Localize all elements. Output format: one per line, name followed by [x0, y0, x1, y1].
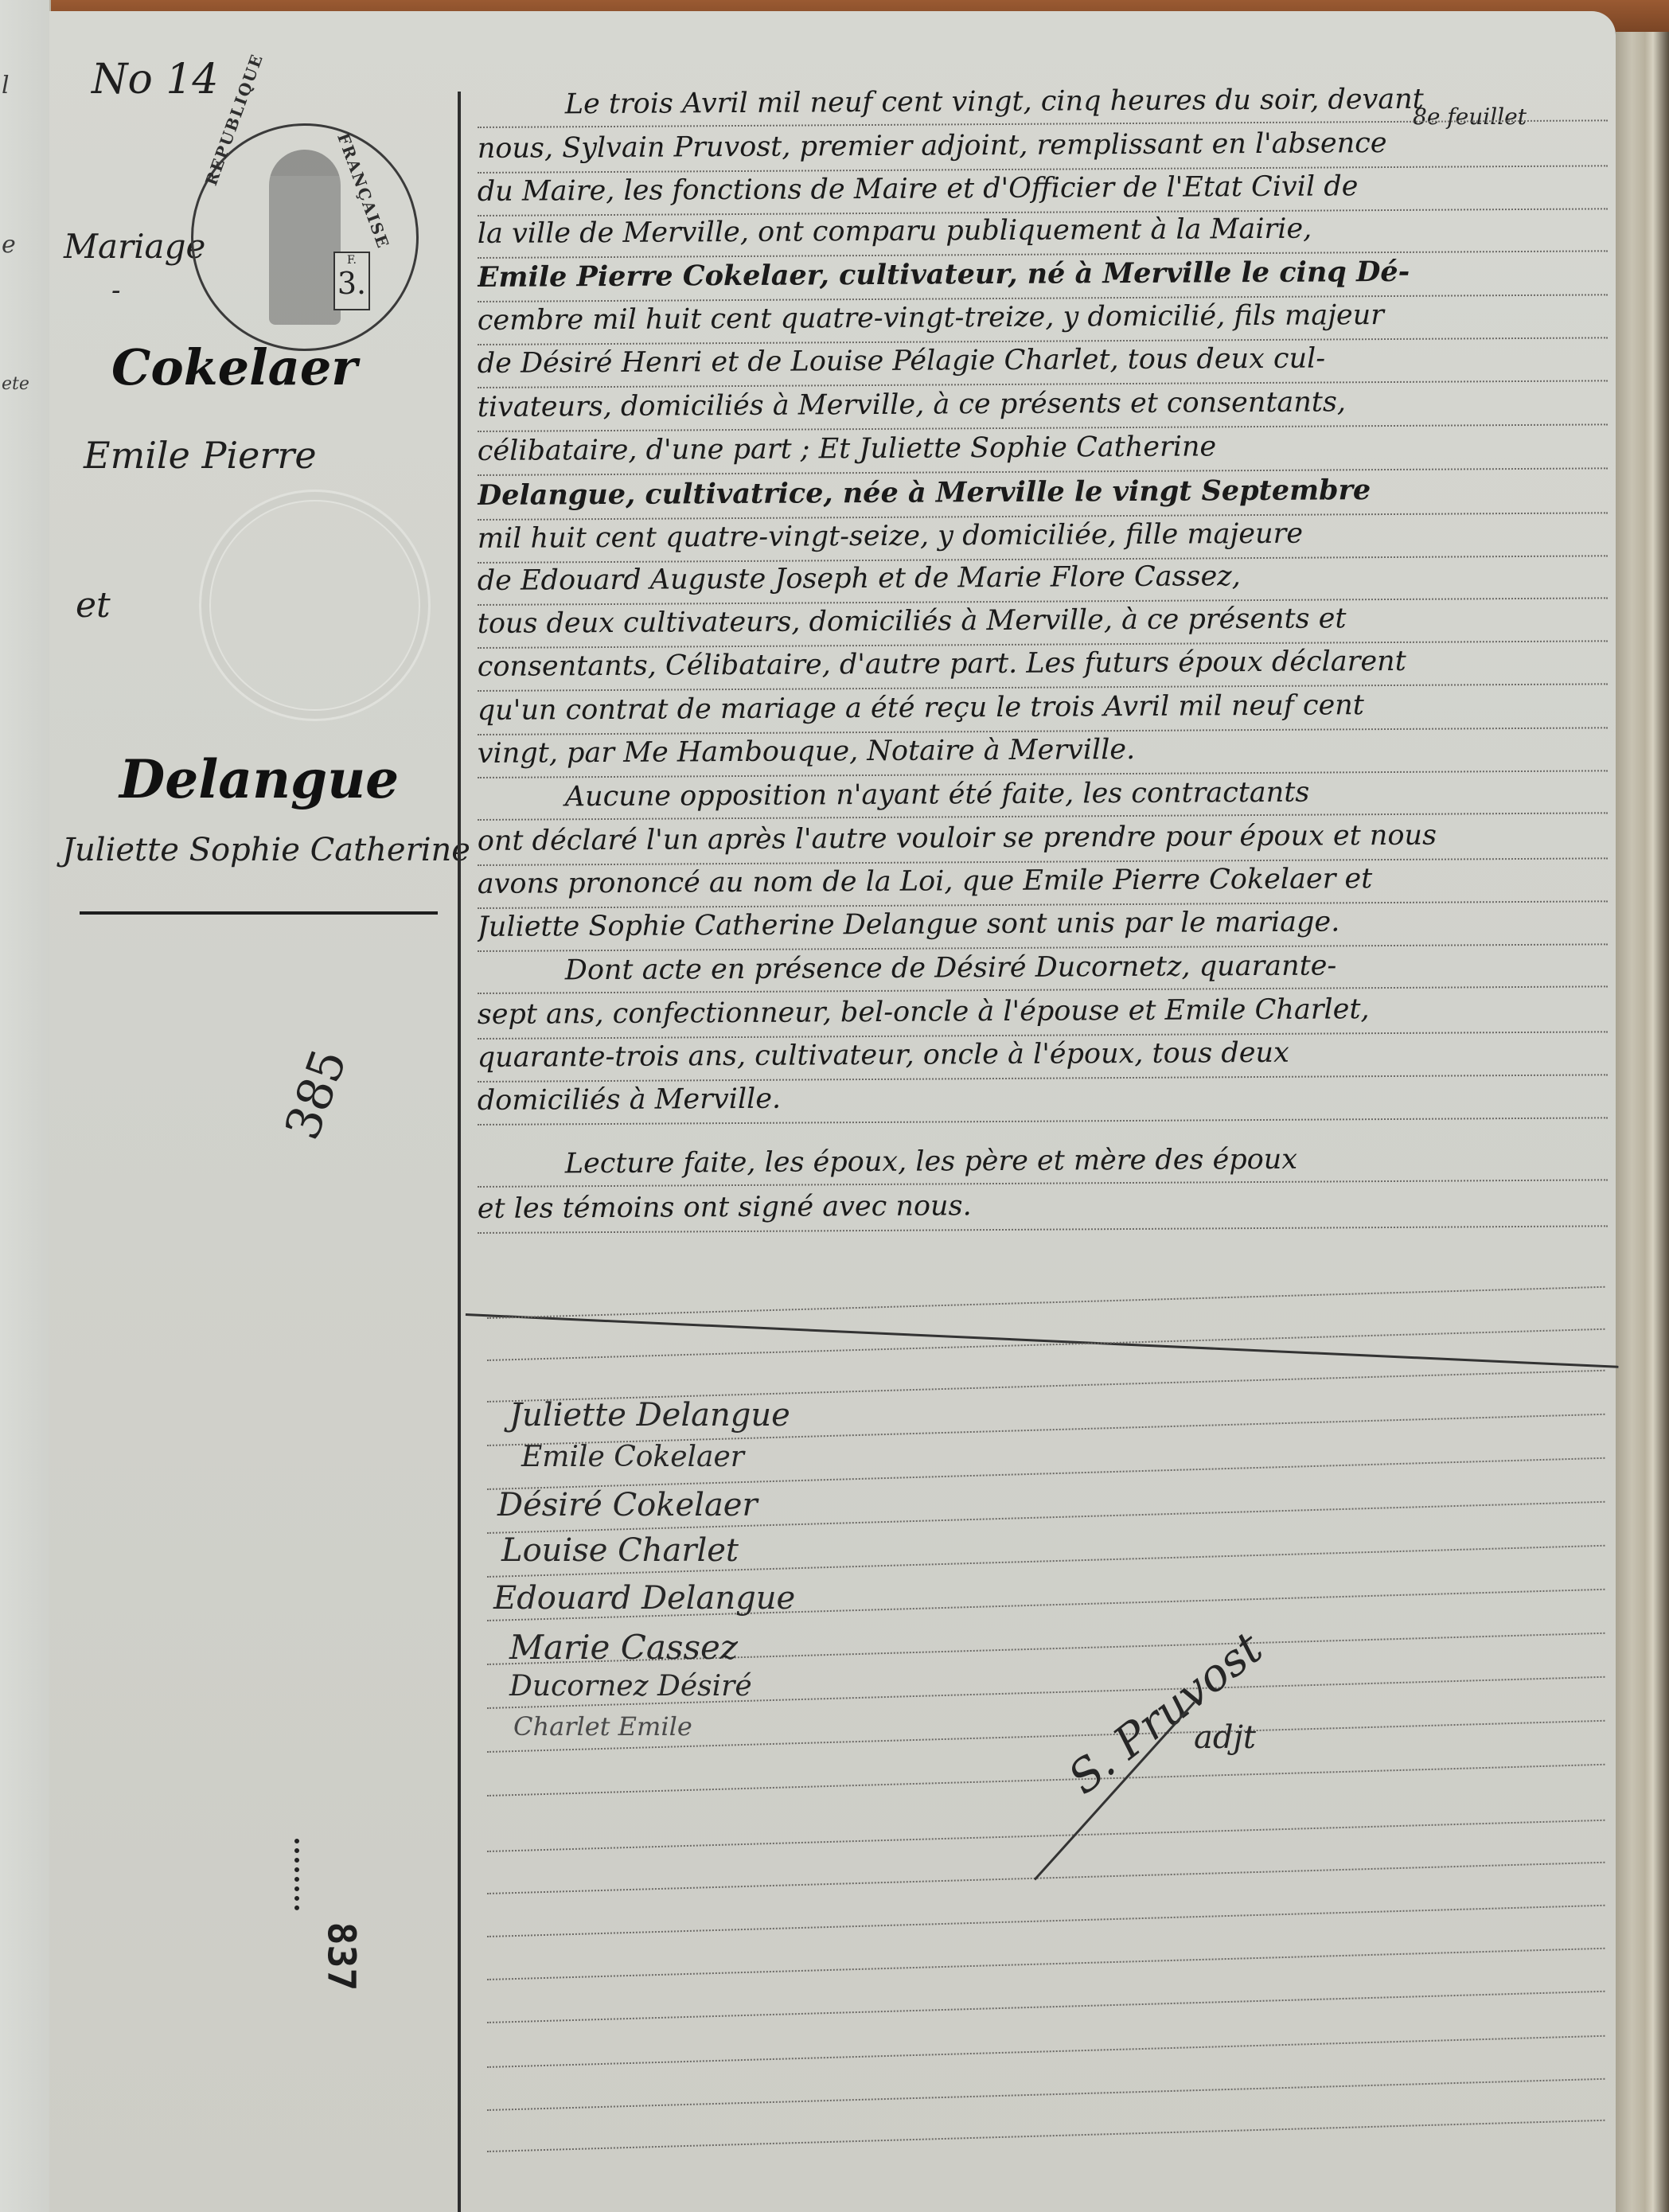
- act-line: Lecture faite, les époux, les père et mè…: [478, 1136, 1608, 1188]
- signature-groom: Emile Cokelaer: [521, 1441, 744, 1473]
- act-line: Aucune opposition n'ayant été faite, les…: [478, 769, 1608, 821]
- groom-given-names: Emile Pierre: [84, 434, 317, 477]
- previous-page-fragment: ete: [2, 374, 29, 394]
- signature-bride-father: Edouard Delangue: [493, 1580, 795, 1617]
- previous-page-edge: l e ete: [0, 0, 51, 2212]
- stamped-number: 837: [318, 1922, 363, 1992]
- bride-surname: Delangue: [119, 748, 399, 810]
- page-stack-edge: [1616, 32, 1669, 2212]
- signature-bride-mother: Marie Cassez: [509, 1628, 738, 1667]
- officer-signature-name: S. Pruvost: [1059, 1622, 1273, 1804]
- previous-page-fragment: l: [2, 72, 10, 99]
- signature-groom-father: Désiré Cokelaer: [497, 1487, 758, 1523]
- justice-figure-icon: [269, 150, 341, 325]
- act-line: et les témoins ont signé avec nous.: [478, 1180, 1608, 1234]
- margin-rule: [458, 92, 461, 2212]
- act-line: domiciliés à Merville.: [478, 1072, 1608, 1126]
- groom-surname: Cokelaer: [111, 338, 357, 396]
- act-number: No 14: [92, 56, 219, 103]
- tax-stamp: REPUBLIQUE FRANÇAISE F. 3.: [191, 123, 419, 351]
- stamp-denomination-value: 3.: [335, 267, 369, 299]
- signature-witness-1: Ducornez Désiré: [509, 1670, 752, 1703]
- officer-signature: S. Pruvost adjt: [1035, 1624, 1297, 1863]
- conjunction-et: et: [76, 585, 111, 626]
- stamp-denomination: F. 3.: [333, 252, 370, 310]
- signature-witness-2: Charlet Emile: [513, 1711, 692, 1742]
- officer-signature-title: adjt: [1194, 1719, 1256, 1756]
- previous-page-fragment: e: [2, 231, 16, 259]
- stamp-dashes: [294, 1839, 306, 1910]
- embossed-seal-icon: [199, 490, 431, 721]
- act-line: Dont acte en présence de Désiré Ducornet…: [478, 942, 1608, 994]
- signature-groom-mother: Louise Charlet: [501, 1532, 739, 1569]
- act-line: Le trois Avril mil neuf cent vingt, cinq…: [478, 76, 1608, 128]
- act-type: Mariage: [64, 227, 205, 266]
- signature-bride: Juliette Delangue: [509, 1397, 790, 1434]
- margin-divider: [80, 911, 438, 915]
- bride-given-names: Juliette Sophie Catherine: [62, 832, 470, 868]
- act-type-dash: -: [111, 275, 121, 306]
